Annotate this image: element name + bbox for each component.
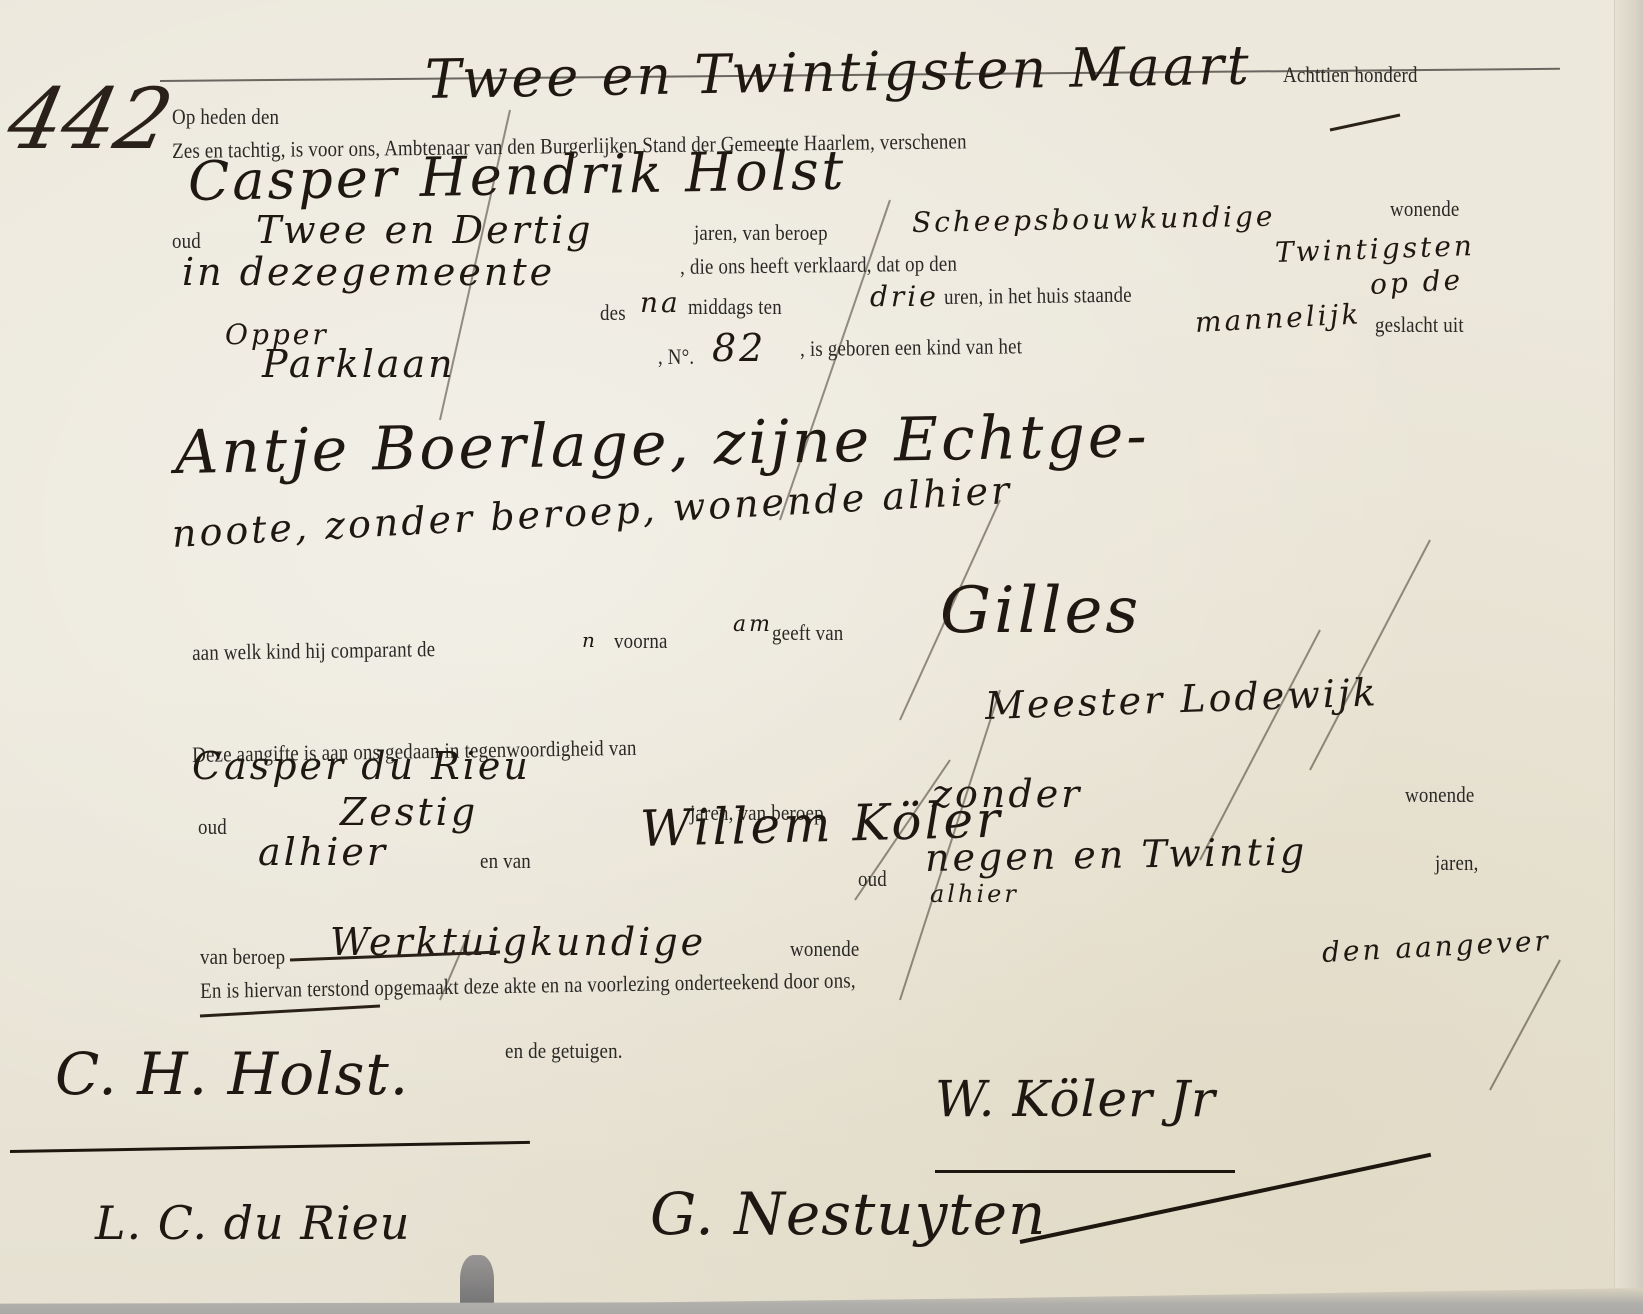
hand-witness1-residence: alhier bbox=[258, 830, 388, 874]
hand-father-name: Casper Hendrik Holst bbox=[187, 139, 846, 213]
signature-official: G. Nestuyten bbox=[650, 1180, 1046, 1248]
printed-geeft-van: geeft van bbox=[772, 620, 843, 646]
printed-middags: middags ten bbox=[688, 294, 782, 320]
hand-op-de: op de bbox=[1369, 263, 1464, 301]
hand-n: n bbox=[582, 628, 598, 652]
hand-witness1-first-names: Meester Lodewijk bbox=[984, 670, 1379, 728]
document-page: 442 Op heden den Twee en Twintigsten Maa… bbox=[0, 0, 1643, 1314]
signature-flourish bbox=[1020, 1153, 1432, 1244]
printed-aan-welk-kind: aan welk kind hij comparant de bbox=[192, 636, 435, 666]
printed-jaren-3: jaren, bbox=[1435, 850, 1479, 876]
printed-van-beroep: van beroep bbox=[200, 944, 285, 970]
printed-en-van: en van bbox=[480, 848, 531, 874]
hand-father-profession: Scheepsbouwkundige bbox=[912, 200, 1276, 239]
printed-oud-3: oud bbox=[858, 866, 887, 892]
printed-no: , N°. bbox=[658, 344, 694, 370]
printed-wonende-3: wonende bbox=[790, 936, 860, 962]
signature-witness2: W. Köler Jr bbox=[935, 1070, 1216, 1128]
hand-declarant-ref: den aangever bbox=[1321, 924, 1552, 969]
hand-witness2-profession: Werktuigkundige bbox=[330, 920, 706, 964]
hand-witness2-age: negen en Twintig bbox=[925, 829, 1308, 880]
signature-underline-2 bbox=[935, 1170, 1235, 1173]
hand-witness1-surname: Casper du Rieu bbox=[192, 744, 531, 788]
hand-witness1-age: Zestig bbox=[340, 790, 478, 834]
hand-father-age: Twee en Dertig bbox=[256, 208, 593, 252]
hand-gender: mannelijk bbox=[1194, 297, 1362, 339]
printed-geslacht-uit: geslacht uit bbox=[1375, 312, 1464, 338]
record-number: 442 bbox=[0, 70, 181, 168]
printed-des: des bbox=[600, 300, 626, 326]
page-edge bbox=[1614, 0, 1643, 1290]
printed-geboren: , is geboren een kind van het bbox=[800, 333, 1022, 362]
printed-getuigen: en de getuigen. bbox=[505, 1038, 623, 1064]
hand-date: Twee en Twintigsten Maart bbox=[424, 34, 1252, 111]
hand-witness2-residence: alhier bbox=[930, 880, 1019, 908]
printed-jaren-beroep: jaren, van beroep bbox=[694, 220, 828, 246]
printed-voorna: voorna bbox=[614, 628, 668, 654]
hand-child-name: Gilles bbox=[940, 574, 1141, 648]
printed-wonende: wonende bbox=[1390, 196, 1460, 222]
signature-witness1: L. C. du Rieu bbox=[95, 1196, 410, 1250]
printed-verklaard: , die ons heeft verklaard, dat op den bbox=[680, 251, 957, 280]
hand-am: am bbox=[733, 612, 773, 637]
hand-street-2: Parklaan bbox=[262, 342, 456, 386]
hand-na: na bbox=[640, 286, 681, 319]
hand-house-number: 82 bbox=[712, 326, 766, 370]
hand-father-residence: in dezegemeente bbox=[182, 250, 555, 294]
printed-wonende-2: wonende bbox=[1405, 782, 1475, 808]
printed-uren-huis: uren, in het huis staande bbox=[944, 282, 1132, 310]
printed-oud-2: oud bbox=[198, 814, 227, 840]
printed-op-heden: Op heden den bbox=[172, 104, 279, 130]
signature-declarant: C. H. Holst. bbox=[55, 1040, 409, 1108]
page-bottom-edge bbox=[0, 1288, 1643, 1314]
printed-closing: En is hiervan terstond opgemaakt deze ak… bbox=[200, 967, 856, 1004]
printed-achttien-honderd: Achttien honderd bbox=[1283, 62, 1418, 88]
hand-birth-hour: drie bbox=[870, 280, 939, 313]
signature-underline-1 bbox=[10, 1141, 530, 1153]
